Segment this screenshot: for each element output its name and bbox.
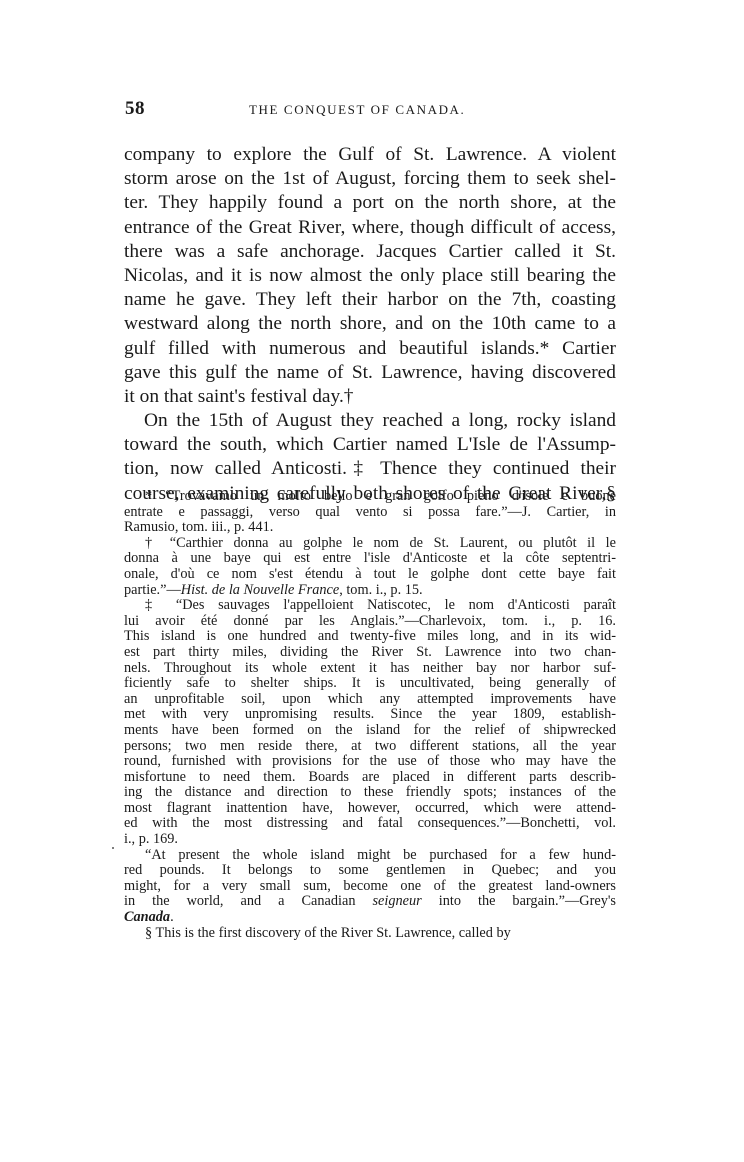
footnote-line: † “Carthier donna au golphe le nom de St… [124, 536, 616, 552]
italic-term: seigneur [372, 893, 421, 909]
footnote-text: partie.”— [124, 582, 181, 598]
footnote-line: persons; two men reside there, at two di… [124, 739, 616, 755]
footnote-line: most flagrant inattention have, however,… [124, 801, 616, 817]
footnote-line: nels. Throughout its whole extent it has… [124, 661, 616, 677]
footnote-line: round, furnished with provisions for the… [124, 754, 616, 770]
text-line: toward the south, which Cartier named L'… [124, 433, 616, 457]
citation-title: Canada [124, 909, 170, 925]
footnote-line: ed with the most distressing and fatal c… [124, 816, 616, 832]
text-line: On the 15th of August they reached a lon… [124, 409, 616, 433]
footnote-line: i., p. 169. [124, 832, 616, 848]
footnote-line: * “Trovavamo un molto bello e gran golfo… [124, 489, 616, 505]
text-line: it on that saint's festival day.† [124, 385, 616, 409]
footnote-line: misfortune to need them. Boards are plac… [124, 770, 616, 786]
footnote-asterisk: * “Trovavamo un molto bello e gran golfo… [124, 489, 616, 536]
footnote-line: Ramusio, tom. iii., p. 441. [124, 520, 616, 536]
text-line: there was a safe anchorage. Jacques Cart… [124, 240, 616, 264]
footnote-text: . [170, 909, 174, 925]
footnote-dagger: † “Carthier donna au golphe le nom de St… [124, 536, 616, 598]
footnote-line: might, for a very small sum, become one … [124, 879, 616, 895]
footnote-line: in the world, and a Canadian seigneur in… [124, 894, 616, 910]
footnote-line: ments have been formed on the island for… [124, 723, 616, 739]
running-head: 58 THE CONQUEST OF CANADA. [124, 98, 616, 120]
text-line: ter. They happily found a port on the no… [124, 191, 616, 215]
text-line: tion, now called Anticosti.‡ Thence they… [124, 457, 616, 481]
footnote-line: ing the distance and direction to these … [124, 785, 616, 801]
scan-speck [112, 847, 114, 849]
footnote-line: lui avoir été donné par les Anglais.”—Ch… [124, 614, 616, 630]
footnote-text: into the bargain.”—Grey's [422, 893, 616, 909]
footnote-line: met with very unpromising results. Since… [124, 707, 616, 723]
footnote-text: in the world, and a Canadian [124, 893, 372, 909]
page-number: 58 [125, 98, 145, 120]
footnote-line: This island is one hundred and twenty-fi… [124, 629, 616, 645]
text-line: westward along the north shore, and on t… [124, 312, 616, 336]
main-text: company to explore the Gulf of St. Lawre… [124, 143, 616, 506]
text-line: gave this gulf the name of St. Lawrence,… [124, 361, 616, 385]
footnote-line: donna à une baye qui est entre l'isle d'… [124, 551, 616, 567]
footnote-section: § This is the first discovery of the Riv… [124, 926, 616, 942]
text-line: company to explore the Gulf of St. Lawre… [124, 143, 616, 167]
footnote-line: partie.”—Hist. de la Nouvelle France, to… [124, 583, 616, 599]
footnote-line: Canada. [124, 910, 616, 926]
running-title: THE CONQUEST OF CANADA. [249, 102, 465, 118]
footnote-line: “At present the whole island might be pu… [124, 848, 616, 864]
paragraph-1: company to explore the Gulf of St. Lawre… [124, 143, 616, 409]
citation-title: Hist. de la Nouvelle France [181, 582, 339, 598]
footnote-line: ‡ “Des sauvages l'appelloient Natiscotec… [124, 598, 616, 614]
text-line: gulf filled with numerous and beautiful … [124, 337, 616, 361]
text-line: entrance of the Great River, where, thou… [124, 216, 616, 240]
text-line: name he gave. They left their harbor on … [124, 288, 616, 312]
footnotes: * “Trovavamo un molto bello e gran golfo… [124, 489, 616, 941]
text-line: storm arose on the 1st of August, forcin… [124, 167, 616, 191]
footnote-line: § This is the first discovery of the Riv… [124, 926, 616, 942]
footnote-line: red pounds. It belongs to some gentlemen… [124, 863, 616, 879]
footnote-line: onale, d'où ce nom s'est étendu à tout l… [124, 567, 616, 583]
footnote-line: ficiently safe to shelter ships. It is u… [124, 676, 616, 692]
footnote-line: an unprofitable soil, upon which any att… [124, 692, 616, 708]
footnote-line: est part thirty miles, dividing the Rive… [124, 645, 616, 661]
footnote-double-dagger: ‡ “Des sauvages l'appelloient Natiscotec… [124, 598, 616, 925]
footnote-line: entrate e passaggi, verso qual vento si … [124, 505, 616, 521]
text-line: Nicolas, and it is now almost the only p… [124, 264, 616, 288]
footnote-text: , tom. i., p. 15. [339, 582, 422, 598]
